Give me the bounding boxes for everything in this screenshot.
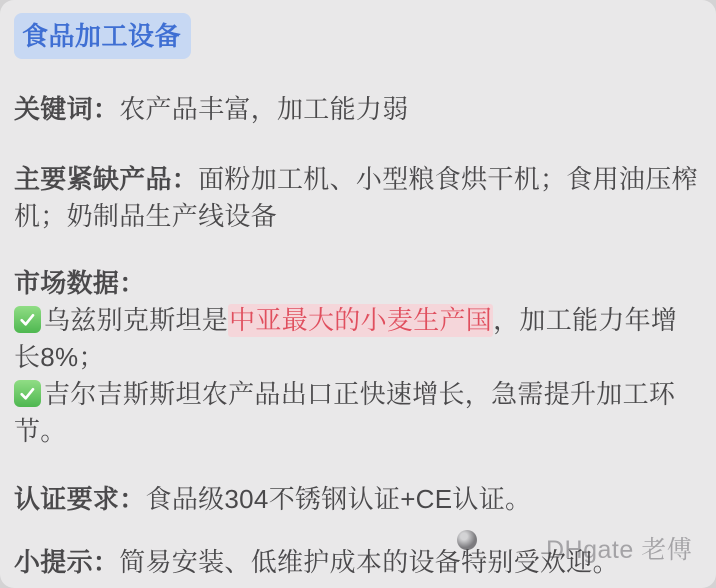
tip-paragraph: 小提示：简易安装、低维护成本的设备特别受欢迎。 [14, 544, 700, 581]
check-mark-icon [14, 380, 41, 407]
products-label: 主要紧缺产品： [14, 164, 198, 194]
bullet-text: 吉尔吉斯斯坦农产品出口正快速增长，急需提升加工环节。 [14, 379, 675, 446]
certification-label: 认证要求： [14, 484, 146, 514]
bullet-highlighted-text: 中亚最大的小麦生产国 [228, 304, 493, 337]
keywords-text: 农产品丰富，加工能力弱 [119, 94, 408, 124]
certification-paragraph: 认证要求：食品级304不锈钢认证+CE认证。 [14, 481, 700, 518]
article-content: 食品加工设备 关键词：农产品丰富，加工能力弱 主要紧缺产品：面粉加工机、小型粮食… [14, 13, 700, 581]
market-bullet-uzbekistan: 乌兹别克斯坦是中亚最大的小麦生产国，加工能力年增长8%； [14, 302, 700, 376]
certification-text: 食品级304不锈钢认证+CE认证。 [146, 484, 532, 514]
tip-label: 小提示： [14, 547, 119, 577]
keywords-paragraph: 关键词：农产品丰富，加工能力弱 [14, 91, 700, 128]
check-mark-icon [14, 306, 41, 333]
bullet-text: 乌兹别克斯坦是 [44, 305, 228, 335]
keywords-label: 关键词： [14, 94, 119, 124]
market-data-label: 市场数据： [14, 265, 700, 302]
products-paragraph: 主要紧缺产品：面粉加工机、小型粮食烘干机；食用油压榨机；奶制品生产线设备 [14, 161, 700, 235]
tip-text: 简易安装、低维护成本的设备特别受欢迎。 [119, 547, 619, 577]
market-data-section: 市场数据： 乌兹别克斯坦是中亚最大的小麦生产国，加工能力年增长8%； 吉尔吉斯斯… [14, 265, 700, 450]
article-card: DHgate 老傅 食品加工设备 关键词：农产品丰富，加工能力弱 主要紧缺产品：… [0, 0, 716, 588]
market-bullet-kyrgyzstan: 吉尔吉斯斯坦农产品出口正快速增长，急需提升加工环节。 [14, 376, 700, 450]
section-title-pill: 食品加工设备 [14, 13, 191, 59]
